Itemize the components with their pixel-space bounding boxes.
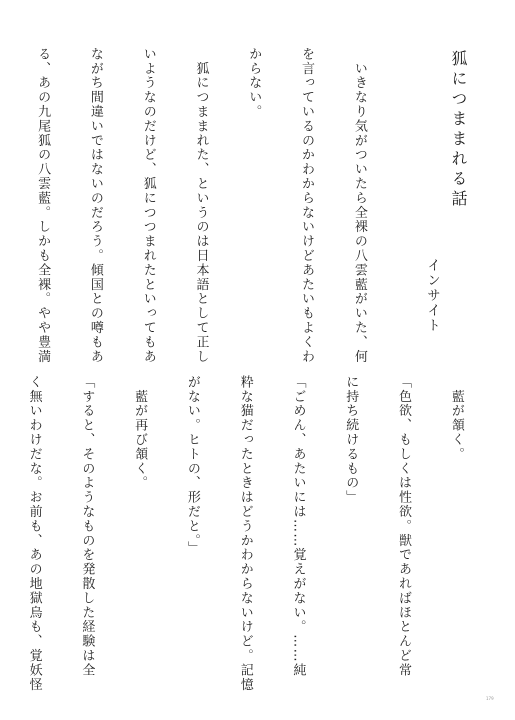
text-line: いようなのだけど、狐につつまれたといってもあ (139, 47, 157, 347)
text-line: 狐につままれた、というのは日本語として正し (192, 47, 210, 347)
text-line: く無いわけだな。お前も、あの地獄烏も、覚妖怪 (25, 375, 43, 685)
text-line: いきなり気がついたら全裸の八雲藍がいた、何 (350, 47, 368, 347)
page-number: 179 (486, 696, 494, 701)
text-line: からない。 (245, 47, 263, 347)
text-line: 「ごめん、あたいには……覚えがない。……純 (289, 375, 307, 685)
book-page: 狐につままれる話 インサイト いきなり気がついたら全裸の八雲藍がいた、何 を言っ… (0, 0, 515, 720)
text-line: に持ち続けるもの」 (342, 375, 360, 685)
text-line: 藍が頷く。 (447, 375, 465, 685)
text-line: 「すると、そのようなものを発散した経験は全 (78, 375, 96, 685)
text-line: 藍が再び頷く。 (131, 375, 149, 685)
text-line: がない。ヒトの、形だと。」 (183, 375, 201, 685)
body-text-bottom: 藍が頷く。 「色欲、もしくは性欲。獣であればほとんど常 に持ち続けるもの」 「ご… (0, 375, 500, 685)
text-line: る、あの九尾狐の八雲藍。しかも全裸。やや豊満 (34, 47, 52, 347)
text-line: 粋な猫だったときはどうかわからないけど。記憶 (236, 375, 254, 685)
body-text-top: いきなり気がついたら全裸の八雲藍がいた、何 を言っているのかわからないけどあたい… (0, 47, 403, 347)
author-name: インサイト (422, 258, 442, 333)
text-line: ながち間違いではないのだろう。傾国との噂もあ (86, 47, 104, 347)
text-line: を言っているのかわからないけどあたいもよくわ (297, 47, 315, 347)
text-line: 「色欲、もしくは性欲。獣であればほとんど常 (394, 375, 412, 685)
chapter-title: 狐につままれる話 (447, 50, 470, 210)
